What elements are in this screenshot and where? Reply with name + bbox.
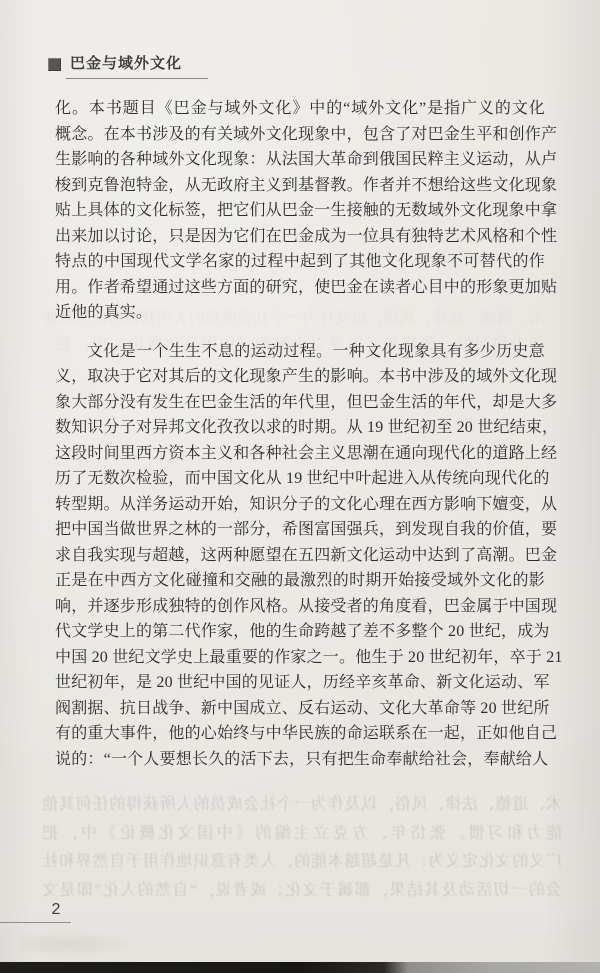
header-square-icon xyxy=(48,58,61,71)
text-line: 把中国当做世界之林的一部分，希图富国强兵，到发现自我的价值，要 xyxy=(55,517,545,543)
text-line: 特点的中国现代文学名家的过程中起到了其他文化现象不可替代的作 xyxy=(55,249,545,275)
book-page: 巴金与域外文化 化。本书题目《巴金与域外文化》中的“域外文化”是指广义的文化概念… xyxy=(0,0,600,973)
paragraph-2: 文化是一个生生不息的运动过程。一种文化现象具有多少历史意义，取决于它对其后的文化… xyxy=(55,339,545,773)
text-line: 响，并逐步形成独特的创作风格。从接受者的角度看，巴金属于中国现 xyxy=(55,594,545,620)
text-line: 用。作者希望通过这些方面的研究，使巴金在读者心目中的形象更加贴 xyxy=(55,275,545,301)
footer-rule xyxy=(0,922,71,923)
paragraph-1: 化。本书题目《巴金与域外文化》中的“域外文化”是指广义的文化概念。在本书涉及的有… xyxy=(55,96,545,326)
text-line: 历了无数次检验，而中国文化从 19 世纪中叶起进入从传统向现代化的 xyxy=(55,466,545,492)
text-line: 近他的真实。 xyxy=(55,300,545,326)
text-line: 梭到克鲁泡特金，从无政府主义到基督教。作者并不想给这些文化现象 xyxy=(55,173,545,199)
text-line: 正是在中西方文化碰撞和交融的最激烈的时期开始接受域外文化的影 xyxy=(55,568,545,594)
text-line: 出来加以讨论，只是因为它们在巴金成为一位具有独特艺术风格和个性 xyxy=(55,224,545,250)
text-line: 有的重大事件，他的心始终与中华民族的命运联系在一起，正如他自己 xyxy=(55,721,545,747)
text-line: 文化是一个生生不息的运动过程。一种文化现象具有多少历史意 xyxy=(55,339,545,365)
text-line: 求自我实现与超越，这两种愿望在五四新文化运动中达到了高潮。巴金 xyxy=(55,543,545,569)
text-line: 义，取决于它对其后的文化现象产生的影响。本书中涉及的域外文化现 xyxy=(55,364,545,390)
text-line: 化。本书题目《巴金与域外文化》中的“域外文化”是指广义的文化 xyxy=(55,96,545,122)
scan-edge-band xyxy=(0,962,600,973)
text-line: 这段时间里西方资本主义和各种社会主义思潮在通向现代化的道路上经 xyxy=(55,441,545,467)
text-line: 广义的文化定义为：凡是超越本能的、人类有意识地作用于自然界和社 xyxy=(42,848,562,877)
text-line: 生影响的各种域外文化现象：从法国大革命到俄国民粹主义运动，从卢 xyxy=(55,147,545,173)
text-line: 能力和习惯。张岱年、方克立主编的《中国文化概论》中，把 xyxy=(42,820,562,849)
text-line: 说的：“一个人要想长久的活下去，只有把生命奉献给社会，奉献给人 xyxy=(55,747,545,773)
text-line: 世纪初年，是 20 世纪中国的见证人，历经辛亥革命、新文化运动、军 xyxy=(55,670,545,696)
text-line: 概念。在本书涉及的有关域外文化现象中，包含了对巴金生平和创作产 xyxy=(55,122,545,148)
scan-smudge xyxy=(20,930,140,958)
text-line: 会的一切活动及其结果，都属于文化；或者说，“自然的人化”即是文 xyxy=(42,877,562,906)
text-line: 代文学史上的第二代作家，他的生命跨越了差不多整个 20 世纪，成为 xyxy=(55,619,545,645)
text-line: 转型期。从洋务运动开始，知识分子的文化心理在西方影响下嬗变，从 xyxy=(55,492,545,518)
text-line: 术、道德、法律、风俗，以及作为一个社会成员的人所获得的任何其他 xyxy=(42,791,562,820)
page-number: 2 xyxy=(44,901,68,919)
body-text: 化。本书题目《巴金与域外文化》中的“域外文化”是指广义的文化概念。在本书涉及的有… xyxy=(55,96,545,772)
header-rule xyxy=(66,78,208,79)
text-line: 阀割据、抗日战争、新中国成立、反右运动、文化大革命等 20 世纪所 xyxy=(55,696,545,722)
text-line: 象大部分没有发生在巴金生活的年代里，但巴金生活的年代，却是大多 xyxy=(55,390,545,416)
running-header-title: 巴金与域外文化 xyxy=(70,54,182,74)
text-line: 数知识分子对异邦文化孜孜以求的时期。从 19 世纪初至 20 世纪结束， xyxy=(55,415,545,441)
text-line: 贴上具体的文化标签，把它们从巴金一生接触的无数域外文化现象中拿 xyxy=(55,198,545,224)
bleedthrough-text-bottom: 术、道德、法律、风俗，以及作为一个社会成员的人所获得的任何其他能力和习惯。张岱年… xyxy=(42,791,562,905)
text-line: 中国 20 世纪文学史上最重要的作家之一。他生于 20 世纪初年，卒于 21 xyxy=(55,645,545,671)
